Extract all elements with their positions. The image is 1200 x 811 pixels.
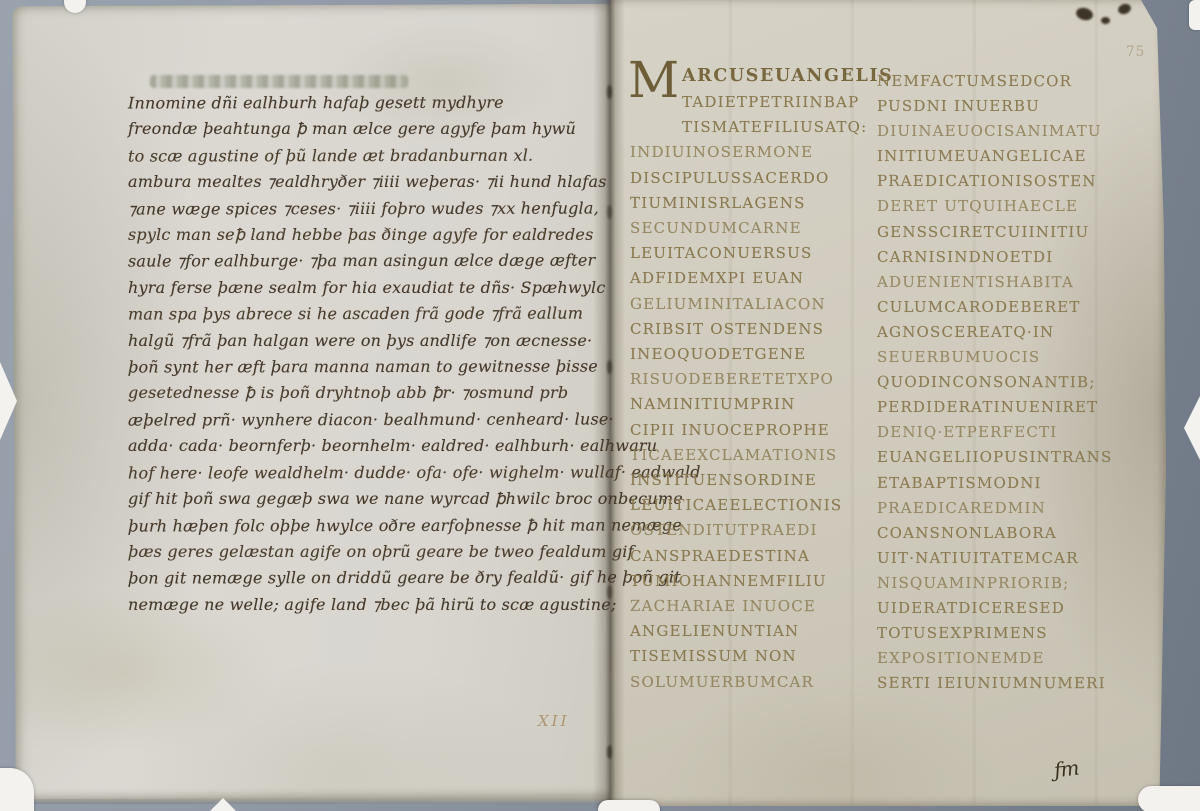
manuscript-line: gesetednesse ꝥ is þoñ dryhtnoþ abb ꝥr· ⁊… [128,380,614,406]
uncial-line: TOTUSEXPRIMENS [877,621,1115,646]
latin-column-1-lines: TADIETPETRIINBAPTISMATEFILIUSATQ:INDIUIN… [630,90,862,695]
manuscript-line: gif hit þoñ swa gegæþ swa we nane wyrcad… [128,486,614,512]
manuscript-line: to scæ agustine of þũ lande æt bradanbur… [128,142,614,169]
uncial-line: LEUITACONUERSUS [630,241,862,266]
uncial-line: GELIUMINITALIACON [630,291,862,317]
uncial-line: NAMINITIUMPRIN [630,392,862,418]
uncial-line: SEUERBUMUOCIS [877,345,1115,370]
uncial-line: DERET UTQUIHAECLE [877,194,1115,219]
folio-number: 75 [1126,44,1145,60]
uncial-line: INEOQUODETGENE [630,342,862,367]
uncial-line: TIUMINISRLAGENS [630,191,862,217]
manuscript-line: æþelred prñ· wynhere diacon· bealhmund· … [128,406,614,433]
uncial-line: ADUENIENTISHABITA [877,270,1115,296]
manuscript-line: þæs geres gelæstan agife on oþrũ geare b… [128,539,614,565]
manuscript-line: hof here· leofe wealdhelm· dudde· ofa· o… [128,459,614,486]
manuscript-line: spylc man seꝥ land hebbe þas ðinge agyfe… [128,222,614,248]
uncial-line: CULUMCARODEBERET [877,295,1115,320]
uncial-line: EUANGELIIOPUSINTRANS [877,445,1115,470]
uncial-line: PERDIDERATINUENIRET [877,395,1115,420]
uncial-line: CANSPRAEDESTINA [630,544,862,569]
uncial-line: CIPII INUOCEPROPHE [630,418,862,443]
uncial-line: CRIBSIT OSTENDENS [630,317,862,342]
uncial-line: OSTENDITUTPRAEDI [630,518,862,543]
manuscript-line: saule ⁊for ealhburge· ⁊þa man asingun æl… [128,248,614,275]
uncial-line: INITIUMEUANGELICAE [877,144,1115,169]
uncial-line: NISQUAMINPRIORIB; [877,571,1115,597]
manuscript-line: ⁊ane wæge spices ⁊ceses· ⁊iiii foþro wud… [128,195,614,222]
manuscript-photo: Innomine dñi ealhburh hafaþ gesett mydhy… [0,0,1200,811]
column-heading-line: M ARCUSEUANGELIS [682,63,862,90]
uncial-line: ANGELIENUNTIAN [630,619,862,644]
uncial-line: PRAEDICAREDMIN [877,496,1115,521]
mounting-tab [598,800,660,811]
erased-inscription-smudge [150,75,408,88]
uncial-line: SOLUMUERBUMCAR [630,670,862,695]
uncial-line: INDIUINOSERMONE [630,140,862,165]
uncial-line: GENSSCIRETCUIINITIU [877,220,1115,245]
manuscript-line: halgũ ⁊frã þan halgan were on þys andlif… [128,328,614,354]
mounting-tab [1189,0,1200,30]
manuscript-line: ambura mealtes ⁊ealdhryðer ⁊iiii weþeras… [128,169,614,195]
ink-blot [1101,17,1110,24]
uncial-line: EXPOSITIONEMDE [877,646,1115,671]
manuscript-line: adda· cada· beornferþ· beornhelm· ealdre… [128,433,614,459]
uncial-line: TUMIOHANNEMFILIU [630,569,862,594]
uncial-line: ZACHARIAE INUOCE [630,594,862,620]
uncial-line: UIDERATDICERESED [877,596,1115,621]
manuscript-line: hyra ferse þæne sealm for hia exaudiat t… [128,275,614,301]
manuscript-line: þoñ synt her æft þara manna naman to gew… [128,354,614,381]
uncial-line: TISEMISSUM NON [630,644,862,669]
uncial-line: DISCIPULUSSACERDO [630,166,862,191]
uncial-line: RISUODEBERETETXPO [630,367,862,392]
manuscript-line: freondæ þeahtunga ꝥ man ælce gere agyfe … [128,116,614,142]
uncial-line: INSTITUENSORDINE [630,468,862,493]
latin-column-2: NEMFACTUMSEDCORPUSDNI INUERBUDIUINAEUOCI… [877,69,1115,696]
uncial-line: NEMFACTUMSEDCOR [877,69,1115,95]
uncial-line: PUSDNI INUERBU [877,94,1115,119]
uncial-line: DENIQ·ETPERFECTI [877,420,1115,445]
corner-scribble-mark: ƒm [1053,756,1080,783]
uncial-line: TISMATEFILIUSATQ: [682,115,862,140]
manuscript-line: nemæge ne welle; agife land ⁊bec þã hirũ… [128,592,614,618]
manuscript-line: þon git nemæge sylle on driddũ geare be … [128,565,614,592]
uncial-line: ADFIDEMXPI EUAN [630,266,862,291]
uncial-line: TICAEEXCLAMATIONIS [630,443,862,468]
mounting-tab [1184,396,1200,460]
uncial-line: COANSNONLABORA [877,521,1115,546]
heading-text: ARCUSEUANGELIS [682,66,893,86]
uncial-line: UIT·NATIUITATEMCAR [877,546,1115,571]
old-english-text-block: Innomine dñi ealhburh hafaþ gesett mydhy… [128,90,614,618]
uncial-line: CARNISINDNOETDI [877,245,1115,270]
manuscript-line: man spa þys abrece si he ascaden frã god… [128,301,614,328]
initial-letter-m: M [628,55,679,105]
manuscript-line: Innomine dñi ealhburh hafaþ gesett mydhy… [128,89,614,116]
uncial-line: LEUITICAEELECTIONIS [630,493,862,519]
latin-column-1: M ARCUSEUANGELIS TADIETPETRIINBAPTISMATE… [630,63,862,695]
uncial-line: QUODINCONSONANTIB; [877,370,1115,396]
uncial-line: PRAEDICATIONISOSTEN [877,169,1115,195]
uncial-line: AGNOSCEREATQ·IN [877,320,1115,345]
uncial-line: SECUNDUMCARNE [630,216,862,241]
quire-mark: XII [538,712,570,730]
uncial-line: SERTI IEIUNIUMNUMERI [877,671,1115,697]
uncial-line: TADIETPETRIINBAP [682,90,862,116]
uncial-line: ETABAPTISMODNI [877,470,1115,496]
uncial-line: DIUINAEUOCISANIMATU [877,119,1115,144]
manuscript-line: þurh hæþen folc oþþe hwylce oðre earfoþn… [128,512,614,539]
mounting-tab [1138,786,1200,811]
